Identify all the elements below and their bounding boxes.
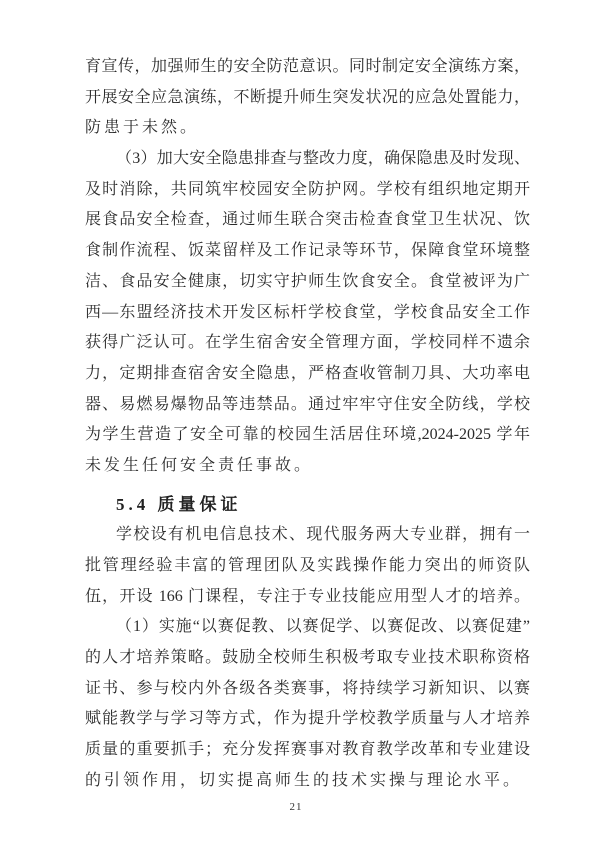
text-line: （3）加大安全隐患排查与整改力度，确保隐患及时发现、 — [85, 144, 530, 175]
text-line: 质量的重要抓手；充分发挥赛事对教育教学改革和专业建设 — [85, 735, 530, 766]
text-line: 伍，开设 166 门课程，专注于专业技能应用型人才的培养。 — [85, 582, 530, 613]
text-line: 的人才培养策略。鼓励全校师生积极考取专业技术职称资格 — [85, 643, 530, 674]
text-line: 的引领作用，切实提高师生的技术实操与理论水平。 — [85, 766, 530, 797]
page-number: 21 — [0, 801, 592, 813]
text-line: （1）实施“以赛促教、以赛促学、以赛促改、以赛促建” — [85, 612, 530, 643]
document-body: 育宣传，加强师生的安全防范意识。同时制定安全演练方案，开展安全应急演练，不断提升… — [85, 52, 530, 797]
text-line: 赋能教学与学习等方式，作为提升学校教学质量与人才培养 — [85, 704, 530, 735]
text-line: 及时消除，共同筑牢校园安全防护网。学校有组织地定期开 — [85, 175, 530, 206]
text-line: 展食品安全检查，通过师生联合突击检查食堂卫生状况、饮 — [85, 205, 530, 236]
text-line: 学校设有机电信息技术、现代服务两大专业群，拥有一 — [85, 520, 530, 551]
text-line: 证书、参与校内外各级各类赛事，将持续学习新知识、以赛 — [85, 674, 530, 705]
text-line: 为学生营造了安全可靠的校园生活居住环境,2024-2025 学年 — [85, 420, 530, 451]
section-heading: 5.4 质量保证 — [85, 490, 530, 521]
text-line: 未发生任何安全责任事故。 — [85, 451, 530, 482]
text-line: 食制作流程、饭菜留样及工作记录等环节，保障食堂环境整 — [85, 236, 530, 267]
text-line: 防患于未然。 — [85, 113, 530, 144]
text-line: 洁、食品安全健康，切实守护师生饮食安全。食堂被评为广 — [85, 267, 530, 298]
text-line: 开展安全应急演练，不断提升师生突发状况的应急处置能力， — [85, 83, 530, 114]
document-page: 育宣传，加强师生的安全防范意识。同时制定安全演练方案，开展安全应急演练，不断提升… — [0, 0, 600, 848]
text-line: 器、易燃易爆物品等违禁品。通过牢牢守住安全防线，学校 — [85, 390, 530, 421]
text-line: 西—东盟经济技术开发区标杆学校食堂，学校食品安全工作 — [85, 298, 530, 329]
text-line: 育宣传，加强师生的安全防范意识。同时制定安全演练方案， — [85, 52, 530, 83]
text-line: 力，定期排查宿舍安全隐患，严格查收管制刀具、大功率电 — [85, 359, 530, 390]
text-line: 批管理经验丰富的管理团队及实践操作能力突出的师资队 — [85, 551, 530, 582]
text-line: 获得广泛认可。在学生宿舍安全管理方面，学校同样不遗余 — [85, 328, 530, 359]
